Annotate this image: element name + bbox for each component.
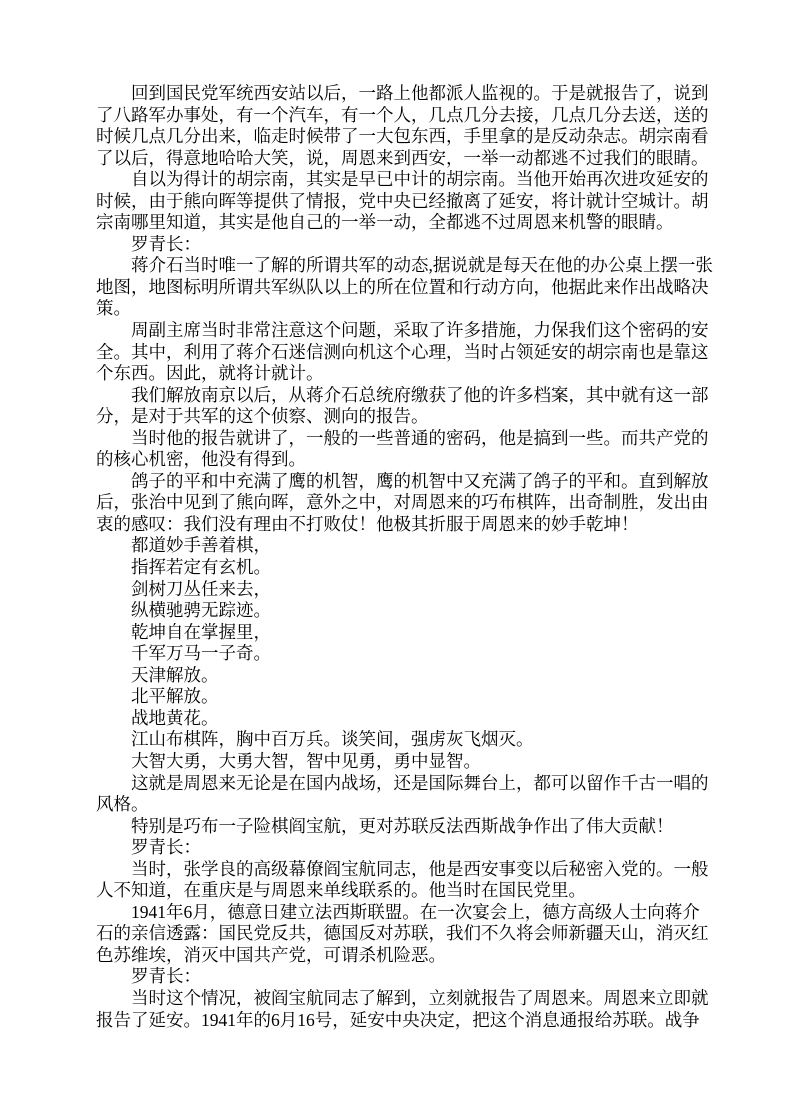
paragraph: 当时，张学良的高级幕僚阎宝航同志，他是西安事变以后秘密入党的。一般人不知道，在重… [96, 859, 714, 902]
poem-line: 天津解放。 [96, 665, 714, 687]
poem-line: 乾坤自在掌握里， [96, 622, 714, 644]
paragraph: 我们解放南京以后，从蒋介石总统府缴获了他的许多档案，其中就有这一部分，是对于共军… [96, 385, 714, 428]
poem-line: 北平解放。 [96, 686, 714, 708]
paragraph: 当时他的报告就讲了，一般的一些普通的密码，他是搞到一些。而共产党的的核心机密，他… [96, 428, 714, 471]
poem-line: 指挥若定有玄机。 [96, 557, 714, 579]
poem-line: 纵横驰骋无踪迹。 [96, 600, 714, 622]
poem-line: 千军万马一子奇。 [96, 643, 714, 665]
paragraph: 特别是巧布一子险棋阎宝航，更对苏联反法西斯战争作出了伟大贡献！ [96, 816, 714, 838]
paragraph: 大智大勇，大勇大智，智中见勇，勇中显智。 [96, 751, 714, 773]
paragraph: 这就是周恩来无论是在国内战场，还是国际舞台上，都可以留作千古一唱的风格。 [96, 773, 714, 816]
poem-line: 战地黄花。 [96, 708, 714, 730]
paragraph: 蒋介石当时唯一了解的所谓共军的动态,据说就是每天在他的办公桌上摆一张地图，地图标… [96, 255, 714, 320]
paragraph: 周副主席当时非常注意这个问题，采取了许多措施，力保我们这个密码的安全。其中，利用… [96, 320, 714, 385]
paragraph: 当时这个情况，被阎宝航同志了解到，立刻就报告了周恩来。周恩来立即就报告了延安。1… [96, 988, 714, 1031]
document-text-block: 回到国民党军统西安站以后，一路上他都派人监视的。于是就报告了，说到了八路军办事处… [96, 83, 714, 1031]
poem-line: 都道妙手善着棋， [96, 535, 714, 557]
document-page: 回到国民党军统西安站以后，一路上他都派人监视的。于是就报告了，说到了八路军办事处… [0, 0, 800, 1100]
paragraph: 回到国民党军统西安站以后，一路上他都派人监视的。于是就报告了，说到了八路军办事处… [96, 83, 714, 169]
poem-line: 剑树刀丛任来去， [96, 579, 714, 601]
paragraph: 江山布棋阵，胸中百万兵。谈笑间，强虏灰飞烟灭。 [96, 729, 714, 751]
paragraph: 1941年6月，德意日建立法西斯联盟。在一次宴会上，德方高级人士向蒋介石的亲信透… [96, 902, 714, 967]
paragraph: 自以为得计的胡宗南，其实是早已中计的胡宗南。当他开始再次进攻延安的时候，由于熊向… [96, 169, 714, 234]
paragraph-speaker-label: 罗青长： [96, 837, 714, 859]
paragraph-speaker-label: 罗青长： [96, 234, 714, 256]
paragraph-speaker-label: 罗青长： [96, 966, 714, 988]
paragraph: 鸽子的平和中充满了鹰的机智，鹰的机智中又充满了鸽子的平和。直到解放后，张治中见到… [96, 471, 714, 536]
